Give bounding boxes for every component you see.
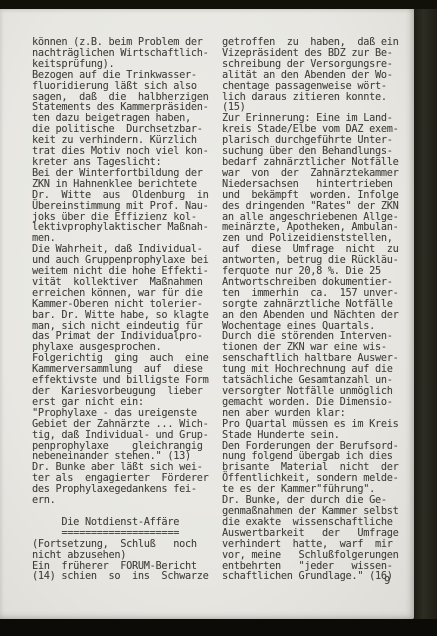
left-text-column: können (z.B. beim Problem der nachträgli…: [32, 38, 220, 583]
right-text-column: getroffen zu haben, daß ein Vizepräsiden…: [222, 38, 412, 583]
document-page: können (z.B. beim Problem der nachträgli…: [0, 9, 414, 619]
page-number: 9: [384, 575, 390, 587]
scan-bottom-border: [0, 619, 437, 636]
scanned-page-photo: können (z.B. beim Problem der nachträgli…: [0, 0, 437, 636]
scan-top-border: [0, 0, 437, 9]
scan-right-border: [412, 0, 437, 636]
